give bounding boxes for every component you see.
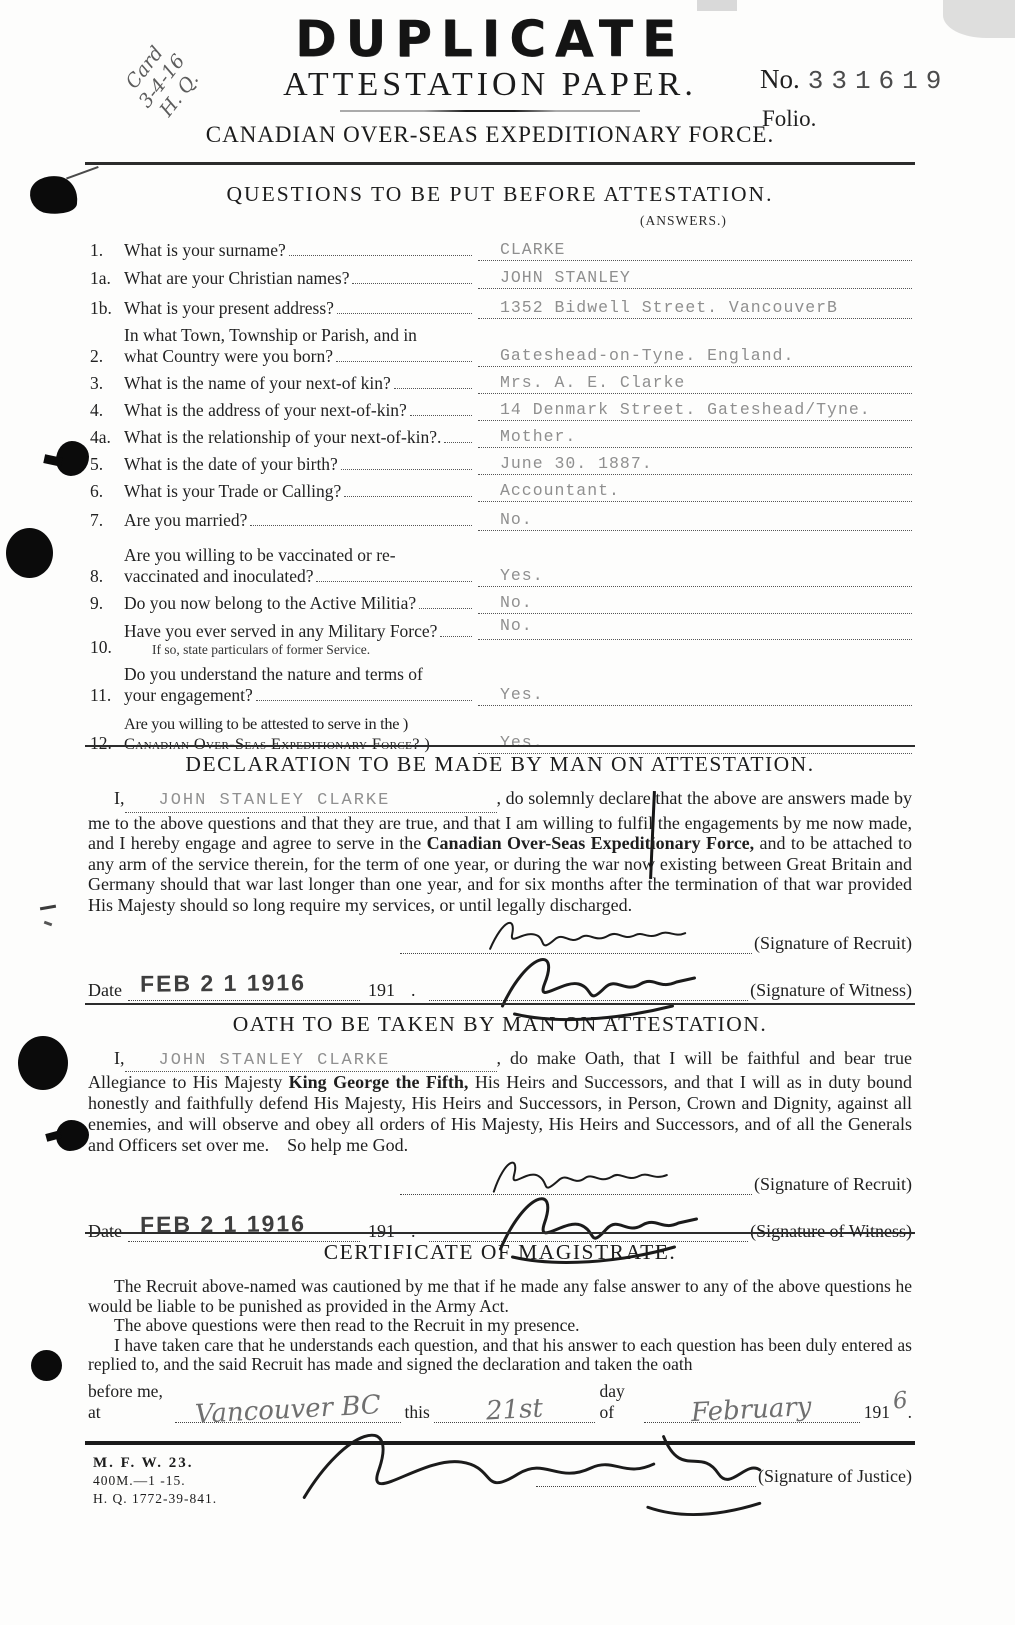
question-text: What is the date of your birth? bbox=[124, 454, 474, 475]
question-text: What is the address of your next-of-kin? bbox=[124, 400, 474, 421]
typed-answer: No. bbox=[500, 510, 533, 529]
ink-blot bbox=[28, 173, 81, 217]
name-blank: JOHN STANLEY CLARKE bbox=[125, 1048, 497, 1072]
dotted-leader bbox=[394, 388, 472, 389]
answers-label: (ANSWERS.) bbox=[640, 213, 727, 229]
answer-line: Yes. bbox=[478, 731, 912, 754]
i-label: I, bbox=[114, 788, 125, 808]
declaration-date-row: Date FEB 2 1 1916 191 . (Signature of Wi… bbox=[88, 969, 912, 1001]
typed-answer: No. bbox=[500, 616, 533, 635]
question-text: Are you willing to be attested to serve … bbox=[124, 714, 474, 754]
dotted-leader bbox=[352, 283, 472, 284]
answer-line: June 30. 1887. bbox=[478, 452, 912, 475]
question-subnote: If so, state particulars of former Servi… bbox=[124, 642, 474, 658]
answer-line: 14 Denmark Street. Gateshead/Tyne. bbox=[478, 398, 912, 421]
certificate-section: CERTIFICATE OF MAGISTRATE. The Recruit a… bbox=[88, 1240, 912, 1487]
question-number: 4a. bbox=[88, 427, 124, 448]
serial-number: No.331619 bbox=[760, 64, 949, 96]
question-text: What is the relationship of your next-of… bbox=[124, 427, 474, 448]
number-value: 331619 bbox=[808, 66, 950, 96]
question-row-10: 10.Have you ever served in any Military … bbox=[88, 614, 912, 658]
pen-mark bbox=[44, 921, 53, 927]
section-rule bbox=[85, 1003, 915, 1005]
ink-blot bbox=[6, 528, 53, 578]
question-row-7: 7.Are you married?No. bbox=[88, 502, 912, 531]
recruit-signature-label: (Signature of Recruit) bbox=[752, 1174, 912, 1195]
dotted-leader bbox=[410, 415, 472, 416]
question-row-1b: 1b.What is your present address?1352 Bid… bbox=[88, 289, 912, 319]
pen-mark bbox=[40, 905, 56, 911]
year-prefix: 191 bbox=[366, 980, 397, 1001]
certificate-paragraph: The Recruit above-named was cautioned by… bbox=[88, 1277, 912, 1316]
date-label: Date bbox=[88, 980, 122, 1001]
question-row-3: 3.What is the name of your next-of kin?M… bbox=[88, 367, 912, 394]
question-row-6: 6.What is your Trade or Calling?Accounta… bbox=[88, 475, 912, 502]
certificate-title: CERTIFICATE OF MAGISTRATE. bbox=[88, 1240, 912, 1265]
ink-blot bbox=[56, 1120, 89, 1151]
attestation-paper-scan: Card 3-4-16 H. Q. DUPLICATE ATTESTATION … bbox=[0, 0, 1015, 1625]
answer-line: No. bbox=[478, 508, 912, 531]
date-stamp: FEB 2 1 1916 bbox=[140, 1210, 306, 1238]
typed-answer: 1352 Bidwell Street. VancouverB bbox=[500, 298, 838, 317]
question-row-5: 5.What is the date of your birth?June 30… bbox=[88, 448, 912, 475]
questions-list: 1.What is your surname?CLARKE1a.What are… bbox=[88, 233, 912, 754]
question-row-8: 8.Are you willing to be vaccinated or re… bbox=[88, 531, 912, 587]
typed-answer: Gateshead-on-Tyne. England. bbox=[500, 346, 794, 365]
question-number: 9. bbox=[88, 593, 124, 614]
witness-signature-label: (Signature of Witness) bbox=[748, 980, 912, 1001]
witness-signature bbox=[484, 950, 709, 1020]
answer-line: Yes. bbox=[478, 564, 912, 587]
date-blank: FEB 2 1 1916 bbox=[128, 1209, 360, 1242]
question-number: 3. bbox=[88, 373, 124, 394]
date-stamp: FEB 2 1 1916 bbox=[140, 969, 306, 997]
typed-answer: 14 Denmark Street. Gateshead/Tyne. bbox=[500, 400, 871, 419]
question-number: 1b. bbox=[88, 298, 124, 319]
question-row-9: 9.Do you now belong to the Active Militi… bbox=[88, 587, 912, 614]
question-row-4a: 4a.What is the relationship of your next… bbox=[88, 421, 912, 448]
typed-name: JOHN STANLEY CLARKE bbox=[159, 1051, 391, 1070]
answer-line: CLARKE bbox=[478, 238, 912, 261]
typed-answer: Yes. bbox=[500, 685, 544, 704]
certificate-paragraph: The above questions were then read to th… bbox=[88, 1316, 912, 1336]
answer-line: 1352 Bidwell Street. VancouverB bbox=[478, 296, 912, 319]
typed-answer: Yes. bbox=[500, 733, 544, 752]
question-text: Are you willing to be vaccinated or re-v… bbox=[124, 545, 474, 587]
answer-line: Accountant. bbox=[478, 479, 912, 502]
oath-paragraph: I,JOHN STANLEY CLARKE, do make Oath, tha… bbox=[88, 1048, 912, 1156]
dotted-leader bbox=[337, 313, 472, 314]
typed-answer: Mother. bbox=[500, 427, 576, 446]
form-codes: M. F. W. 23. 400M.—1 -15. H. Q. 1772-39-… bbox=[93, 1455, 217, 1507]
answer-line: No. bbox=[478, 591, 912, 614]
dotted-leader bbox=[344, 496, 472, 497]
section-rule bbox=[85, 1232, 915, 1234]
year-period: . bbox=[397, 980, 430, 1001]
dotted-leader bbox=[256, 700, 472, 701]
bottom-rule bbox=[85, 1441, 915, 1445]
year-prefix: 191 bbox=[864, 1402, 890, 1423]
answer-line: Gateshead-on-Tyne. England. bbox=[478, 344, 912, 367]
dotted-leader bbox=[250, 525, 472, 526]
handwritten-year-digit: 6 bbox=[892, 1387, 909, 1414]
header-divider bbox=[340, 110, 640, 112]
answer-line: No. bbox=[478, 614, 912, 640]
before-me-label: before me, at bbox=[88, 1381, 171, 1423]
ink-blot bbox=[56, 441, 89, 476]
question-text: What is your Trade or Calling? bbox=[124, 481, 474, 502]
typed-answer: JOHN STANLEY bbox=[500, 268, 631, 287]
question-text: What is the name of your next-of kin? bbox=[124, 373, 474, 394]
answer-line: Mrs. A. E. Clarke bbox=[478, 371, 912, 394]
typed-name: JOHN STANLEY CLARKE bbox=[159, 791, 391, 810]
dotted-leader bbox=[444, 442, 472, 443]
typed-answer: June 30. 1887. bbox=[500, 454, 653, 473]
justice-signature bbox=[282, 1413, 782, 1521]
question-row-1: 1.What is your surname?CLARKE bbox=[88, 233, 912, 261]
dotted-leader bbox=[341, 469, 472, 470]
question-number: 11. bbox=[88, 685, 124, 706]
question-row-4: 4.What is the address of your next-of-ki… bbox=[88, 394, 912, 421]
question-row-1a: 1a.What are your Christian names?JOHN ST… bbox=[88, 261, 912, 289]
i-label: I, bbox=[114, 1048, 125, 1068]
dotted-leader bbox=[419, 608, 472, 609]
typed-answer: CLARKE bbox=[500, 240, 565, 259]
dotted-leader bbox=[440, 636, 472, 637]
answer-line: Mother. bbox=[478, 425, 912, 448]
declaration-title: DECLARATION TO BE MADE BY MAN ON ATTESTA… bbox=[88, 752, 912, 777]
duplicate-stamp: DUPLICATE bbox=[60, 10, 920, 68]
form-code: H. Q. 1772-39-841. bbox=[93, 1491, 217, 1507]
question-number: 1a. bbox=[88, 268, 124, 289]
declaration-section: DECLARATION TO BE MADE BY MAN ON ATTESTA… bbox=[88, 752, 912, 1001]
question-number: 10. bbox=[88, 637, 124, 658]
question-text: Have you ever served in any Military For… bbox=[124, 621, 474, 658]
question-text: Do you understand the nature and terms o… bbox=[124, 664, 474, 706]
question-text: Do you now belong to the Active Militia? bbox=[124, 593, 474, 614]
form-code: M. F. W. 23. bbox=[93, 1455, 217, 1471]
section-rule bbox=[85, 745, 915, 747]
recruit-signature-label: (Signature of Recruit) bbox=[752, 933, 912, 954]
scan-smudge bbox=[943, 0, 1015, 38]
oath-section: OATH TO BE TAKEN BY MAN ON ATTESTATION. … bbox=[88, 1012, 912, 1242]
typed-answer: Accountant. bbox=[500, 481, 620, 500]
declaration-text-bold: Canadian Over-Seas Expeditionary Force, bbox=[427, 833, 755, 853]
dotted-leader bbox=[289, 255, 472, 256]
question-number: 2. bbox=[88, 346, 124, 367]
answer-line: Yes. bbox=[478, 683, 912, 706]
question-row-2: 2.In what Town, Township or Parish, and … bbox=[88, 319, 912, 367]
question-number: 1. bbox=[88, 240, 124, 261]
question-number: 4. bbox=[88, 400, 124, 421]
oath-date-row: Date FEB 2 1 1916 191 . (Signature of Wi… bbox=[88, 1210, 912, 1242]
question-number: 8. bbox=[88, 566, 124, 587]
question-text: What is your present address? bbox=[124, 298, 474, 319]
question-text: Are you married? bbox=[124, 510, 474, 531]
question-text: What is your surname? bbox=[124, 240, 474, 261]
number-label: No. bbox=[760, 64, 800, 94]
question-number: 12. bbox=[88, 733, 124, 754]
typed-answer: Mrs. A. E. Clarke bbox=[500, 373, 685, 392]
declaration-paragraph: I,JOHN STANLEY CLARKE, do solemnly decla… bbox=[88, 788, 912, 915]
section-rule bbox=[85, 162, 915, 165]
typed-answer: Yes. bbox=[500, 566, 544, 585]
dotted-leader bbox=[336, 361, 472, 362]
signature-line bbox=[429, 968, 748, 1001]
oath-title: OATH TO BE TAKEN BY MAN ON ATTESTATION. bbox=[88, 1012, 912, 1037]
answer-line: JOHN STANLEY bbox=[478, 266, 912, 289]
form-code: 400M.—1 -15. bbox=[93, 1473, 217, 1489]
dotted-leader bbox=[316, 581, 472, 582]
question-number: 5. bbox=[88, 454, 124, 475]
question-number: 7. bbox=[88, 510, 124, 531]
certificate-paragraph: I have taken care that he understands ea… bbox=[88, 1336, 912, 1375]
folio-label: Folio. bbox=[762, 106, 816, 132]
question-text: In what Town, Township or Parish, and in… bbox=[124, 325, 474, 367]
typed-answer: No. bbox=[500, 593, 533, 612]
ink-blot bbox=[31, 1350, 62, 1381]
questions-title: QUESTIONS TO BE PUT BEFORE ATTESTATION. bbox=[88, 182, 912, 207]
signature-line bbox=[429, 1209, 748, 1242]
ink-blot bbox=[18, 1036, 68, 1090]
date-blank: FEB 2 1 1916 bbox=[128, 968, 360, 1001]
question-row-11: 11.Do you understand the nature and term… bbox=[88, 658, 912, 706]
oath-text-bold: King George the Fifth, bbox=[289, 1072, 469, 1092]
questions-section: QUESTIONS TO BE PUT BEFORE ATTESTATION. … bbox=[88, 182, 912, 754]
question-number: 6. bbox=[88, 481, 124, 502]
name-blank: JOHN STANLEY CLARKE bbox=[125, 788, 497, 813]
question-text: What are your Christian names? bbox=[124, 268, 474, 289]
